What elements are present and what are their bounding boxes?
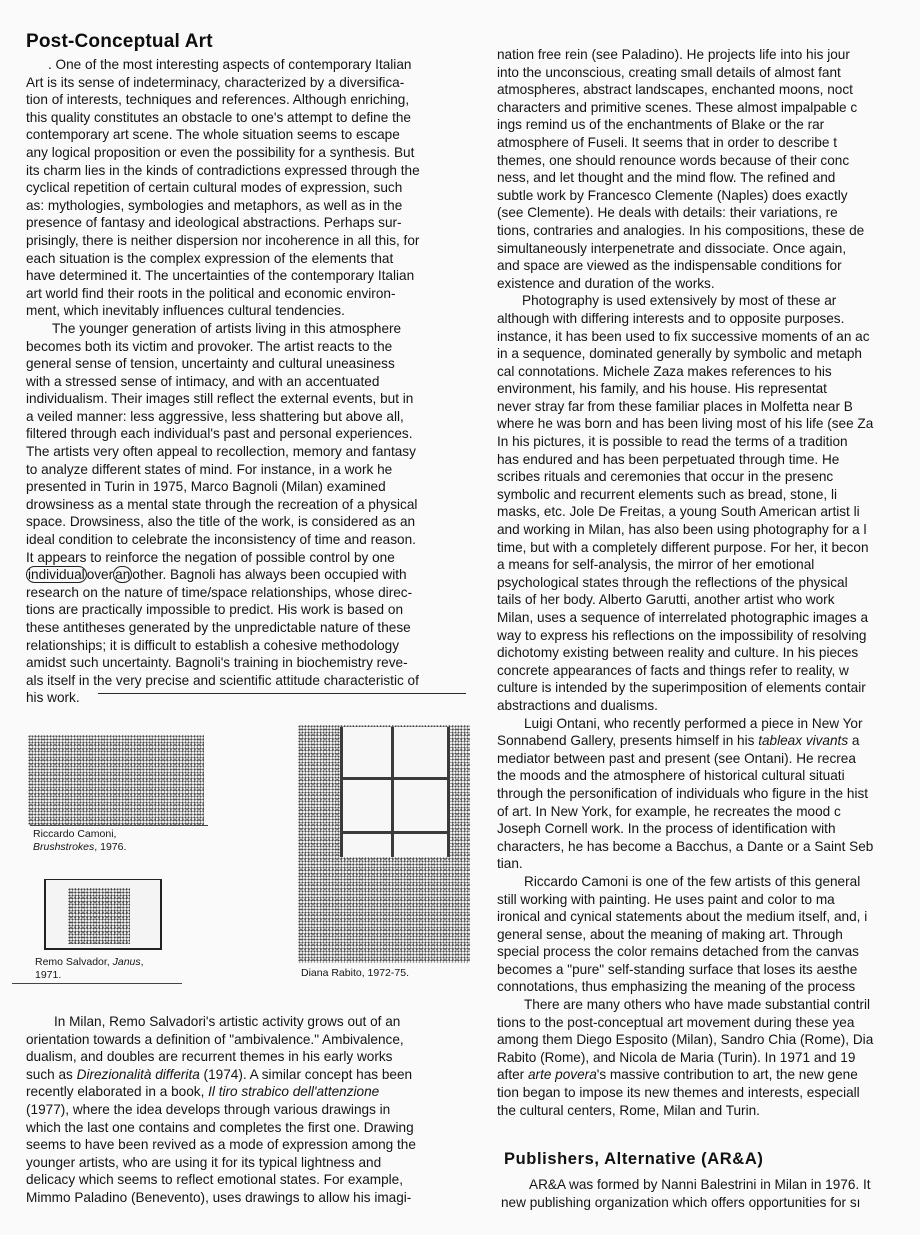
right-column-bottom-text: AR&A was formed by Nanni Balestrini in M… (501, 1176, 920, 1211)
caption-fragment: , (141, 956, 144, 968)
text-line: als itself in the very precise and scien… (26, 672, 462, 690)
text-line: masks, etc. Jole De Freitas, a young Sou… (497, 503, 920, 521)
handwritten-underline (98, 693, 466, 694)
text-fragment: recently elaborated in a book, (26, 1084, 208, 1099)
text-line: (1977), where the idea develops through … (26, 1101, 462, 1119)
window-graphic (340, 727, 450, 857)
text-line: dualism, and doubles are recurrent theme… (26, 1048, 462, 1066)
text-fragment: over (87, 567, 113, 582)
text-line: (see Clemente). He deals with details: t… (497, 204, 920, 222)
text-line: have determined it. The uncertainties of… (26, 267, 462, 285)
text-line: presence of fantasy and ideological abst… (26, 214, 462, 232)
text-line: new publishing organization which offers… (501, 1194, 920, 1212)
text-fragment: 's massive contribution to art, the new … (597, 1067, 858, 1082)
text-line: tions to the post-conceptual art movemen… (497, 1014, 920, 1032)
text-fragment: Sonnabend Gallery, presents himself in h… (497, 733, 758, 748)
text-line: becomes both its victim and provoker. Th… (26, 338, 462, 356)
text-line: relationships; it is difficult to establ… (26, 637, 462, 655)
italic-term: arte povera (528, 1067, 597, 1082)
text-line: of art. In New York, for example, he rec… (497, 803, 920, 821)
text-line: ideal condition to celebrate the inconsi… (26, 531, 462, 549)
text-line: among them Diego Esposito (Milan), Sandr… (497, 1031, 920, 1049)
text-line: to analyze different states of mind. For… (26, 461, 462, 479)
paragraph-salvadori: In Milan, Remo Salvadori's artistic acti… (26, 1013, 462, 1207)
text-line: amidst such uncertainty. Bagnoli's train… (26, 654, 462, 672)
caption-fragment: Remo Salvador, (35, 956, 113, 968)
text-line: Photography is used extensively by most … (497, 292, 920, 310)
text-line: subtle work by Francesco Clemente (Naple… (497, 187, 920, 205)
paragraph-photography: Photography is used extensively by most … (497, 292, 920, 714)
text-line-annotated: individualoveranother. Bagnoli has alway… (26, 566, 462, 584)
text-line: There are many others who have made subs… (497, 996, 920, 1014)
text-line: Sonnabend Gallery, presents himself in h… (497, 732, 920, 750)
text-line: In his pictures, it is possible to read … (497, 433, 920, 451)
text-line: time, but with a completely different pu… (497, 539, 920, 557)
text-line: mediator between past and present (see O… (497, 750, 920, 768)
text-line: younger artists, who are using it for it… (26, 1154, 462, 1172)
text-line: and space are viewed as the indispensabl… (497, 257, 920, 275)
left-column-bottom-text: In Milan, Remo Salvadori's artistic acti… (26, 1013, 462, 1207)
text-line: abstractions and dualisms. (497, 697, 920, 715)
text-line: contemporary art scene. The whole situat… (26, 126, 462, 144)
text-line: his work. (26, 689, 462, 707)
text-line: although with differing interests and to… (497, 310, 920, 328)
text-line: its charm lies in the kinds of contradic… (26, 162, 462, 180)
left-column-text: . One of the most interesting aspects of… (26, 56, 462, 707)
caption-line: 1971. (35, 969, 144, 982)
text-line: In Milan, Remo Salvadori's artistic acti… (26, 1013, 462, 1031)
text-line: It appears to reinforce the negation of … (26, 549, 462, 567)
text-line: space. Drowsiness, also the title of the… (26, 513, 462, 531)
text-line: atmosphere of Fuseli. It seems that in o… (497, 134, 920, 152)
text-line: and working in Milan, has also been usin… (497, 521, 920, 539)
text-fragment: after (497, 1067, 528, 1082)
text-line: The artists very often appeal to recolle… (26, 443, 462, 461)
text-line: Luigi Ontani, who recently performed a p… (497, 715, 920, 733)
text-line: ings remind us of the enchantments of Bl… (497, 116, 920, 134)
text-line: special process the color remains detach… (497, 943, 920, 961)
text-line: ment, which inevitably influences cultur… (26, 302, 462, 320)
text-line: presented in Turin in 1975, Marco Bagnol… (26, 478, 462, 496)
section-title-post-conceptual-art: Post-Conceptual Art (26, 31, 213, 53)
text-line: into the unconscious, creating small det… (497, 64, 920, 82)
text-line: general sense of tension, uncertainty an… (26, 355, 462, 373)
text-line: Mimmo Paladino (Benevento), uses drawing… (26, 1189, 462, 1207)
text-line: themes, one should renounce words becaus… (497, 152, 920, 170)
paragraph-ara: AR&A was formed by Nanni Balestrini in M… (501, 1176, 920, 1211)
text-line: recently elaborated in a book, Il tiro s… (26, 1083, 462, 1101)
text-line: a veiled manner: less aggressive, less s… (26, 408, 462, 426)
figure-salvadori-janus-image (44, 879, 162, 950)
caption-salvadori: Remo Salvador, Janus, 1971. (35, 956, 144, 982)
circled-word: individual (26, 566, 87, 583)
text-line: individualism. Their images still reflec… (26, 390, 462, 408)
text-line: any logical proposition or even the poss… (26, 144, 462, 162)
text-line: nation free rein (see Paladino). He proj… (497, 46, 920, 64)
text-line: which the last one contains and complete… (26, 1119, 462, 1137)
paragraph-camoni: Riccardo Camoni is one of the few artist… (497, 873, 920, 996)
text-line: art world find their roots in the politi… (26, 285, 462, 303)
text-fragment: other. Bagnoli has always been occupied … (132, 567, 406, 582)
text-fragment: such as (26, 1067, 77, 1082)
text-line: with a stressed sense of intimacy, and w… (26, 373, 462, 391)
text-line: the moods and the atmosphere of historic… (497, 767, 920, 785)
text-line: filtered through each individual's past … (26, 425, 462, 443)
text-line: Riccardo Camoni is one of the few artist… (497, 873, 920, 891)
text-line: Milan, uses a sequence of interrelated p… (497, 609, 920, 627)
window-transom (343, 831, 447, 834)
text-fragment: (1974). A similar concept has been (200, 1067, 412, 1082)
caption-line: Brushstrokes, 1976. (33, 841, 126, 854)
text-line: tions, contraries and analogies. In his … (497, 222, 920, 240)
section-title-publishers-alternative: Publishers, Alternative (AR&A) (504, 1150, 763, 1169)
caption-rabito: Diana Rabito, 1972-75. (301, 967, 409, 980)
text-line: each situation is the complex expression… (26, 250, 462, 268)
figure-camoni-brushstrokes-image (28, 735, 204, 825)
text-line: tian. (497, 855, 920, 873)
text-line: prisingly, there is neither dispersion n… (26, 232, 462, 250)
text-line: such as Direzionalità differita (1974). … (26, 1066, 462, 1084)
caption-fragment: , 1976. (94, 841, 126, 853)
text-line: becomes a "pure" self-standing surface t… (497, 961, 920, 979)
text-line: ness, and let thought and the mind flow.… (497, 169, 920, 187)
paragraph-ontani: Luigi Ontani, who recently performed a p… (497, 715, 920, 873)
text-line: symbolic and recurrent elements such as … (497, 486, 920, 504)
text-line: orientation towards a definition of "amb… (26, 1031, 462, 1049)
text-line: Joseph Cornell work. In the process of i… (497, 820, 920, 838)
window-transom (343, 777, 447, 780)
text-line: through the personification of individua… (497, 785, 920, 803)
caption-italic: Janus (113, 956, 141, 968)
italic-title: Il tiro strabico dell'attenzione (208, 1084, 379, 1099)
text-fragment: a (848, 733, 859, 748)
text-line: way to express his reflections on the im… (497, 627, 920, 645)
text-line: drowsiness as a mental state through the… (26, 496, 462, 514)
janus-profiles-graphic (68, 888, 130, 944)
text-line: characters, he has become a Bacchus, a D… (497, 838, 920, 856)
text-line: characters and primitive scenes. These a… (497, 99, 920, 117)
figure-rabito-window-image (298, 725, 470, 963)
text-line: still working with painting. He uses pai… (497, 891, 920, 909)
caption-rule (12, 983, 182, 984)
text-line: the cultural centers, Rome, Milan and Tu… (497, 1102, 920, 1120)
text-line: atmospheres, abstract landscapes, enchan… (497, 81, 920, 99)
text-line: a means for self-analysis, the mirror of… (497, 556, 920, 574)
text-line: The younger generation of artists living… (26, 320, 462, 338)
text-line: AR&A was formed by Nanni Balestrini in M… (501, 1176, 920, 1194)
text-line: psychological states through the reflect… (497, 574, 920, 592)
text-line: existence and duration of the works. (497, 275, 920, 293)
paragraph-paladino-clemente: nation free rein (see Paladino). He proj… (497, 46, 920, 292)
text-line: research on the nature of time/space rel… (26, 584, 462, 602)
text-line: where he was born and has been living mo… (497, 415, 920, 433)
text-line: concrete appearances of facts and things… (497, 662, 920, 680)
text-line: instance, it has been used to fix succes… (497, 328, 920, 346)
text-line: simultaneously interpenetrate and dissoc… (497, 240, 920, 258)
text-line: tion began to impose its new themes and … (497, 1084, 920, 1102)
right-column-text: nation free rein (see Paladino). He proj… (497, 46, 920, 1119)
text-line: scribes rituals and ceremonies that occu… (497, 468, 920, 486)
italic-title: Direzionalità differita (77, 1067, 200, 1082)
text-line: environment, his family, and his house. … (497, 380, 920, 398)
text-line: tions are practically impossible to pred… (26, 601, 462, 619)
text-line: this quality constitutes an obstacle to … (26, 109, 462, 127)
text-line: these antitheses generated by the unpred… (26, 619, 462, 637)
text-line: cal connotations. Michele Zaza makes ref… (497, 363, 920, 381)
window-mullion (391, 727, 394, 857)
text-line: culture is intended by the superimpositi… (497, 679, 920, 697)
text-line: connotations, thus emphasizing the meani… (497, 978, 920, 996)
text-line: in a sequence, dominated generally by sy… (497, 345, 920, 363)
text-line: general sense, about the meaning of maki… (497, 926, 920, 944)
caption-rule (30, 825, 208, 826)
text-line: cyclical repetition of certain cultural … (26, 179, 462, 197)
paragraph-many-others: There are many others who have made subs… (497, 996, 920, 1119)
text-line: has endured and has been perpetuated thr… (497, 451, 920, 469)
circled-word: an (113, 566, 132, 583)
caption-italic: Brushstrokes (33, 841, 94, 853)
caption-line: Remo Salvador, Janus, (35, 956, 144, 969)
italic-term: tableax vivants (758, 733, 848, 748)
text-line: after arte povera's massive contribution… (497, 1066, 920, 1084)
text-line: . One of the most interesting aspects of… (26, 56, 462, 74)
paragraph-younger-generation: The younger generation of artists living… (26, 320, 462, 707)
text-line: Rabito (Rome), and Nicola de Maria (Turi… (497, 1049, 920, 1067)
text-line: as: mythologies, symbologies and metapho… (26, 197, 462, 215)
paragraph-intro: . One of the most interesting aspects of… (26, 56, 462, 320)
text-line: Art is its sense of indeterminacy, chara… (26, 74, 462, 92)
text-line: ironical and cynical statements about th… (497, 908, 920, 926)
caption-line: Riccardo Camoni, (33, 828, 126, 841)
text-line: never stray far from these familiar plac… (497, 398, 920, 416)
text-line: dichotomy existing between reality and c… (497, 644, 920, 662)
text-line: seems to have been revived as a mode of … (26, 1136, 462, 1154)
caption-camoni: Riccardo Camoni, Brushstrokes, 1976. (33, 828, 126, 854)
text-line: delicacy which seems to reflect emotiona… (26, 1171, 462, 1189)
text-line: tion of interests, techniques and refere… (26, 91, 462, 109)
text-line: tails of her body. Alberto Garutti, anot… (497, 591, 920, 609)
